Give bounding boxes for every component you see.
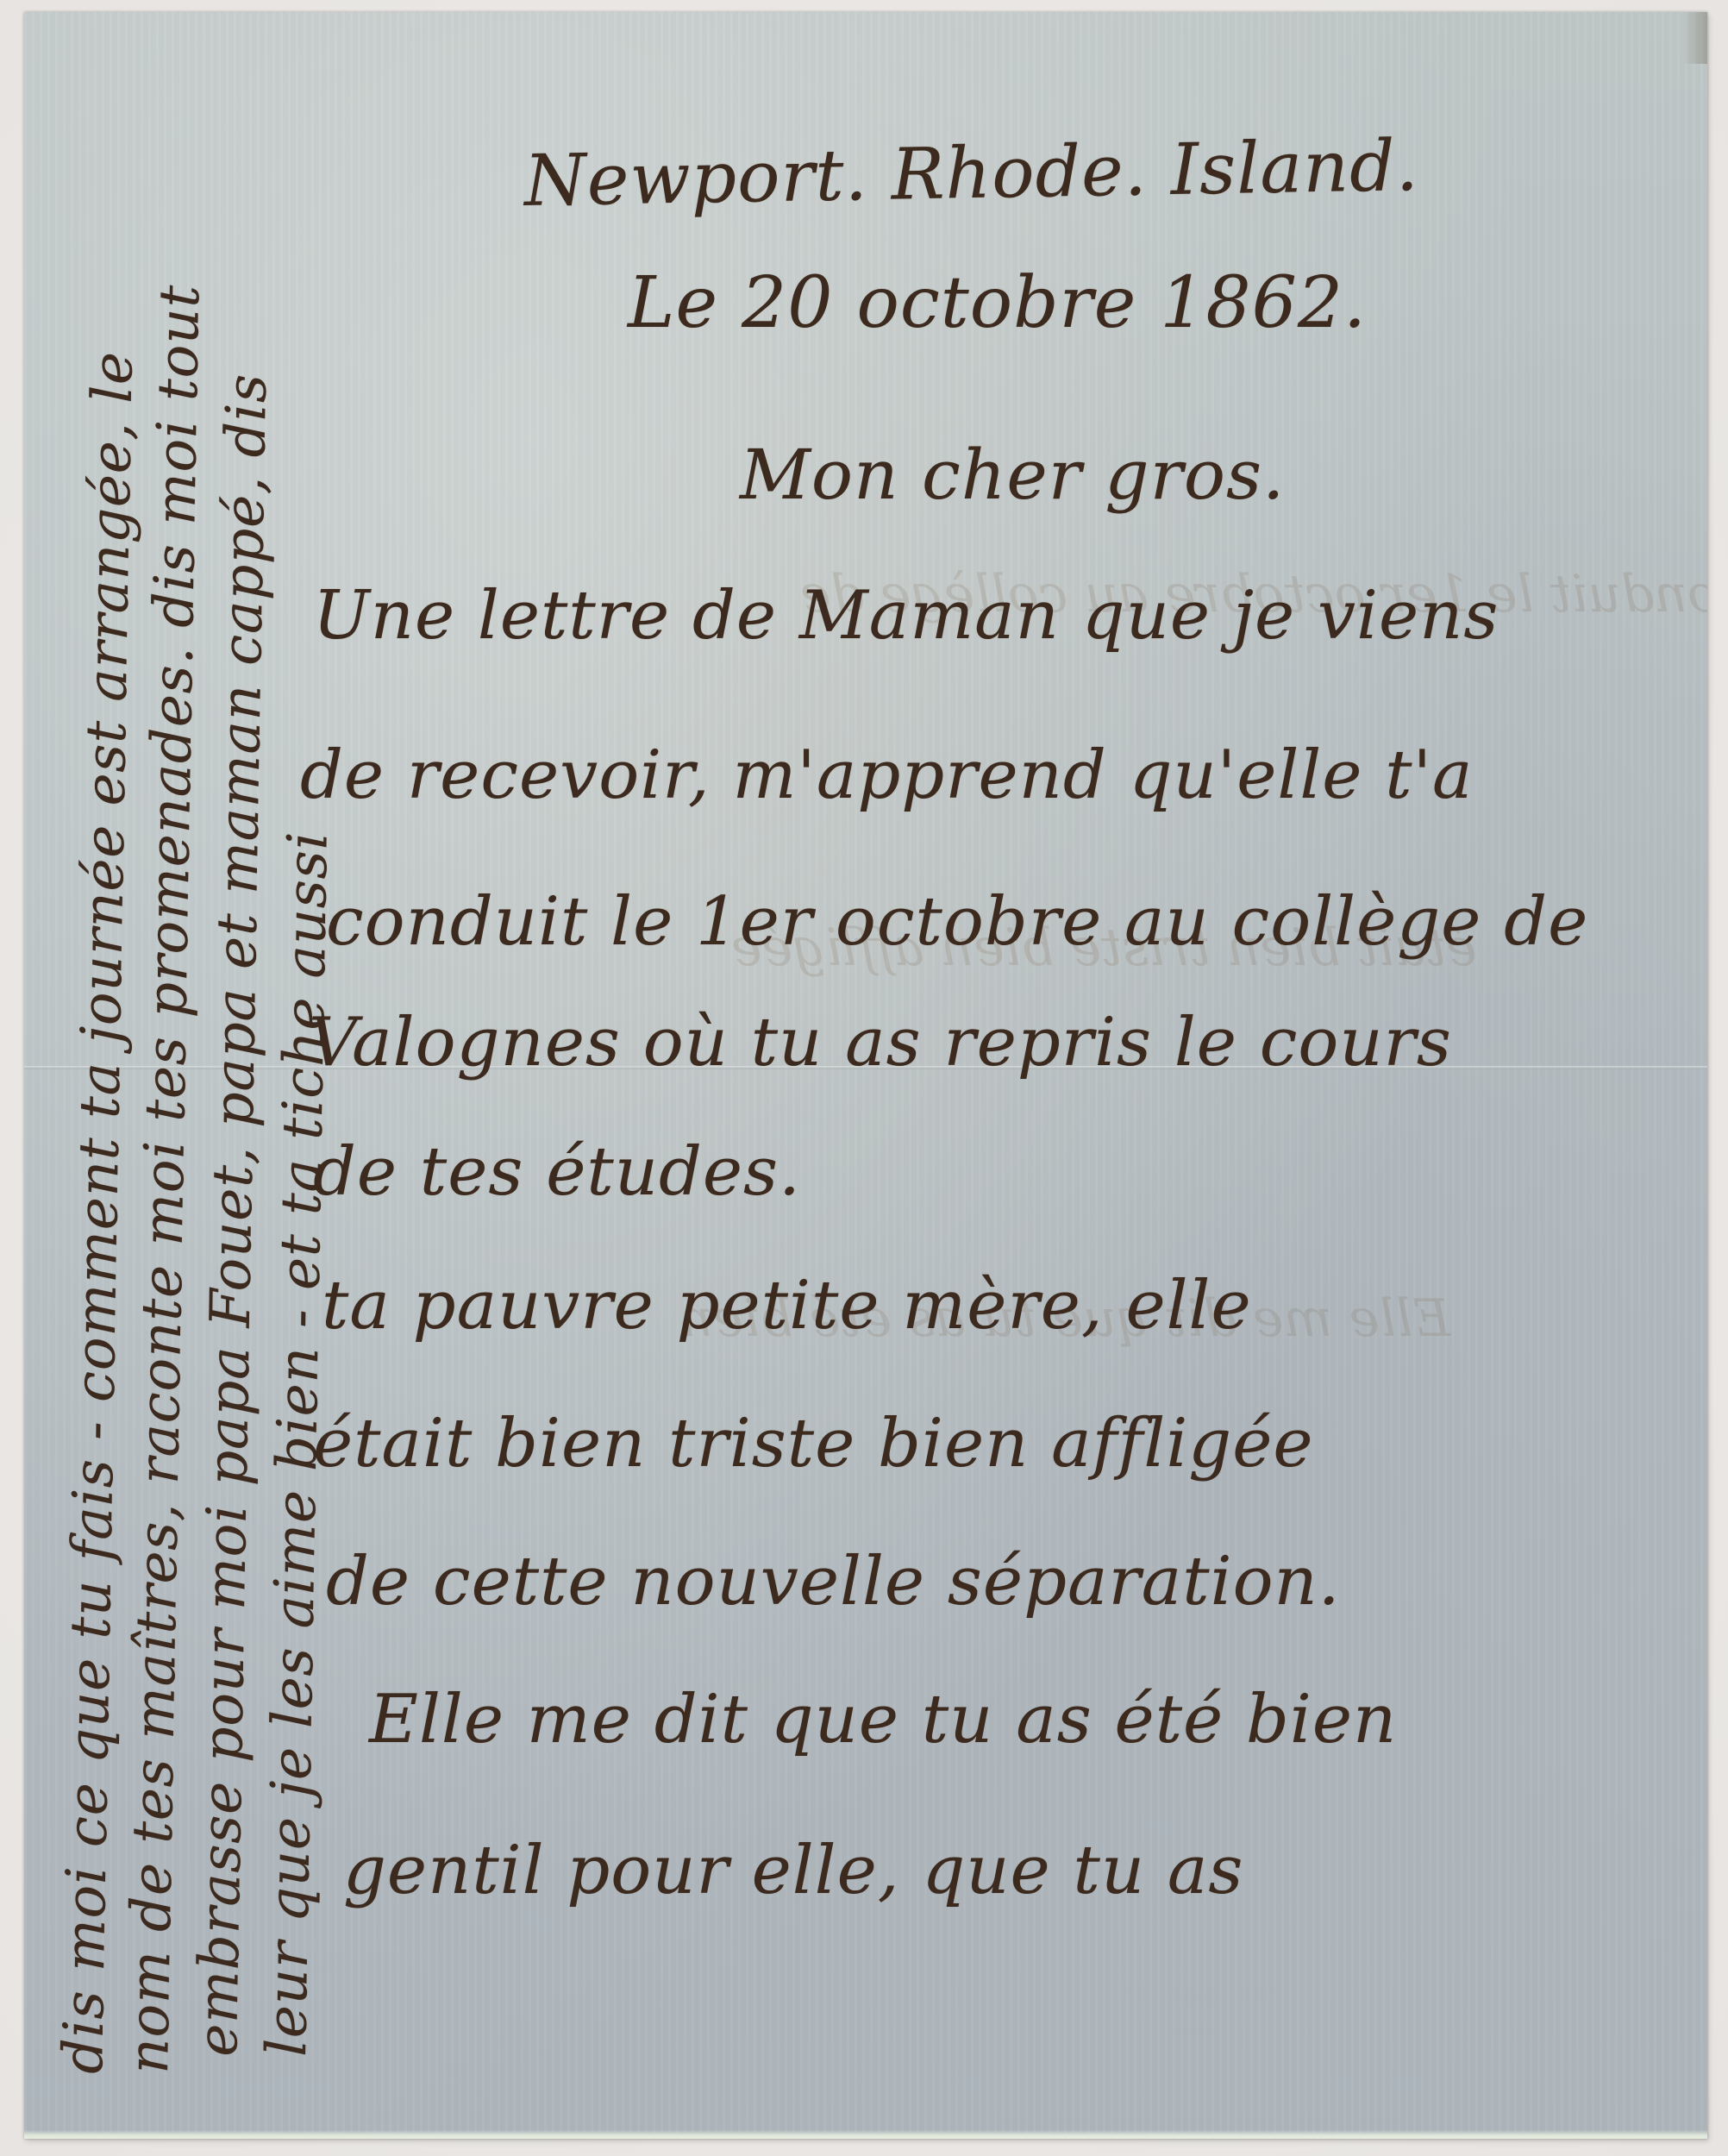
paper-torn-edge — [24, 2130, 1707, 2139]
letter-place: Newport. Rhode. Island. — [523, 125, 1419, 222]
body-line: Valognes où tu as repris le cours — [309, 1004, 1452, 1081]
letter-salutation: Mon cher gros. — [740, 435, 1285, 515]
body-line: de tes études. — [313, 1133, 801, 1211]
body-line: Une lettre de Maman que je viens — [313, 577, 1499, 655]
body-line: gentil pour elle, que tu as — [343, 1832, 1243, 1909]
body-line: ta pauvre petite mère, elle — [322, 1267, 1252, 1344]
body-line: conduit le 1er octobre au collège de — [326, 883, 1588, 961]
body-line: Elle me dit que tu as été bien — [369, 1681, 1397, 1758]
letter-sheet: conduit le 1er octobre au collège de éta… — [24, 12, 1707, 2139]
body-line: de cette nouvelle séparation. — [326, 1543, 1341, 1620]
letter-date: Le 20 octobre 1862. — [628, 262, 1367, 344]
body-line: était bien triste bien affligée — [313, 1405, 1314, 1482]
paper-corner-wear — [1683, 12, 1707, 64]
body-line: de recevoir, m'apprend qu'elle t'a — [300, 736, 1474, 814]
